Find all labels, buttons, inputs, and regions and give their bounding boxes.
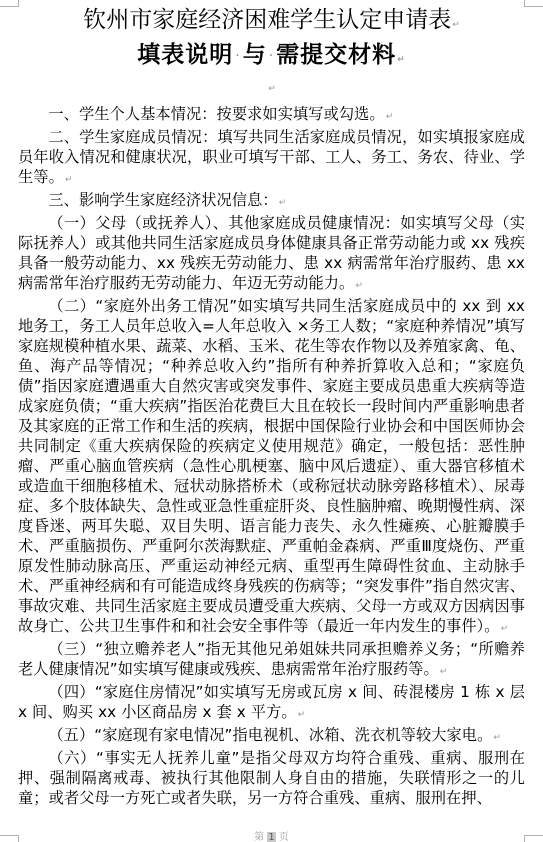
paragraph-mark-icon: ↵ <box>298 710 306 720</box>
paragraph-text: （四）“家庭住房情况”如实填写无房或瓦房 x 间、砖混楼房 1 栋 x 层 x … <box>18 683 525 721</box>
document-page[interactable]: 钦州市家庭经济困难学生认定申请表↵ 填表说明·与·需提交材料↵ ↵ 一、学生个人… <box>18 6 525 808</box>
paragraph-mark-icon: ↵ <box>501 624 509 634</box>
paragraph-text: （二）“家庭外出务工情况”如实填写共同生活家庭成员中的 xx 到 xx 地务工，… <box>18 297 525 635</box>
document-subtitle: 填表说明·与·需提交材料↵ <box>18 39 525 76</box>
blank-line: ↵ <box>18 76 525 104</box>
footer-suffix: 页 <box>279 832 289 842</box>
subtitle-part-2: 与 <box>243 42 267 68</box>
paragraph-item-6: （六）“事实无人抚养儿童”是指父母双方均符合重残、重病、服刑在押、强制隔离戒毒、… <box>18 748 525 808</box>
paragraph-text: （三）“独立赡养老人”指无其他兄弟姐妹共同承担赡养义务；“所赡养老人健康情况”如… <box>18 640 525 678</box>
page-footer: 第 1 页 <box>0 828 543 842</box>
paragraph-item-3: （三）“独立赡养老人”指无其他兄弟姐妹共同承担赡养义务；“所赡养老人健康情况”如… <box>18 639 525 682</box>
paragraph-item-4: （四）“家庭住房情况”如实填写无房或瓦房 x 间、砖混楼房 1 栋 x 层 x … <box>18 682 525 725</box>
paragraph-text: （六）“事实无人抚养儿童”是指父母双方均符合重残、重病、服刑在押、强制隔离戒毒、… <box>18 749 525 807</box>
space-dot-icon: · <box>233 48 242 64</box>
paragraph-section-1: 一、学生个人基本情况：按要求如实填写或勾选。↵ <box>18 104 525 127</box>
page-number: 1 <box>267 832 275 842</box>
paragraph-text: 一、学生个人基本情况：按要求如实填写或勾选。 <box>48 105 384 123</box>
paragraph-text: 三、影响学生家庭经济状况信息： <box>48 191 277 209</box>
paragraph-text: （五）“家庭现有家电情况”指电视机、冰箱、洗衣机等较大家电。 <box>48 726 492 744</box>
space-dot-icon: · <box>267 48 276 64</box>
paragraph-mark-icon: ↵ <box>493 733 501 743</box>
paragraph-mark-icon: ↵ <box>355 281 363 291</box>
paragraph-text: 二、学生家庭成员情况：填写共同生活家庭成员情况，如实填报家庭成员年收入情况和健康… <box>18 128 525 186</box>
footer-prefix: 第 <box>254 832 264 842</box>
paragraph-item-5: （五）“家庭现有家电情况”指电视机、冰箱、洗衣机等较大家电。↵ <box>18 725 525 748</box>
paragraph-item-2: （二）“家庭外出务工情况”如实填写共同生活家庭成员中的 xx 到 xx 地务工，… <box>18 296 525 639</box>
page-corner-mark-top-left <box>0 0 19 7</box>
document-title: 钦州市家庭经济困难学生认定申请表↵ <box>18 6 525 39</box>
paragraph-mark-icon: ↵ <box>268 84 276 94</box>
paragraph-mark-icon: ↵ <box>440 667 448 677</box>
paragraph-item-1: （一）父母（或抚养人）、其他家庭成员健康情况：如实填写父母（实际抚养人）或其他共… <box>18 213 525 296</box>
paragraph-section-2: 二、学生家庭成员情况：填写共同生活家庭成员情况，如实填报家庭成员年收入情况和健康… <box>18 127 525 190</box>
subtitle-part-1: 填表说明 <box>137 42 233 68</box>
paragraph-mark-icon: ↵ <box>65 175 73 185</box>
paragraph-mark-icon: ↵ <box>397 55 406 65</box>
document-body: 一、学生个人基本情况：按要求如实填写或勾选。↵ 二、学生家庭成员情况：填写共同生… <box>18 104 525 808</box>
paragraph-mark-icon: ↵ <box>386 112 394 122</box>
paragraph-mark-icon: ↵ <box>452 20 460 30</box>
paragraph-text: （一）父母（或抚养人）、其他家庭成员健康情况：如实填写父母（实际抚养人）或其他共… <box>18 214 525 292</box>
page-corner-mark-top-right <box>524 0 543 7</box>
paragraph-mark-icon: ↵ <box>279 198 287 208</box>
title-text: 钦州市家庭经济困难学生认定申请表 <box>83 7 451 33</box>
subtitle-part-3: 需提交材料 <box>276 42 396 68</box>
paragraph-section-3: 三、影响学生家庭经济状况信息：↵ <box>18 190 525 213</box>
